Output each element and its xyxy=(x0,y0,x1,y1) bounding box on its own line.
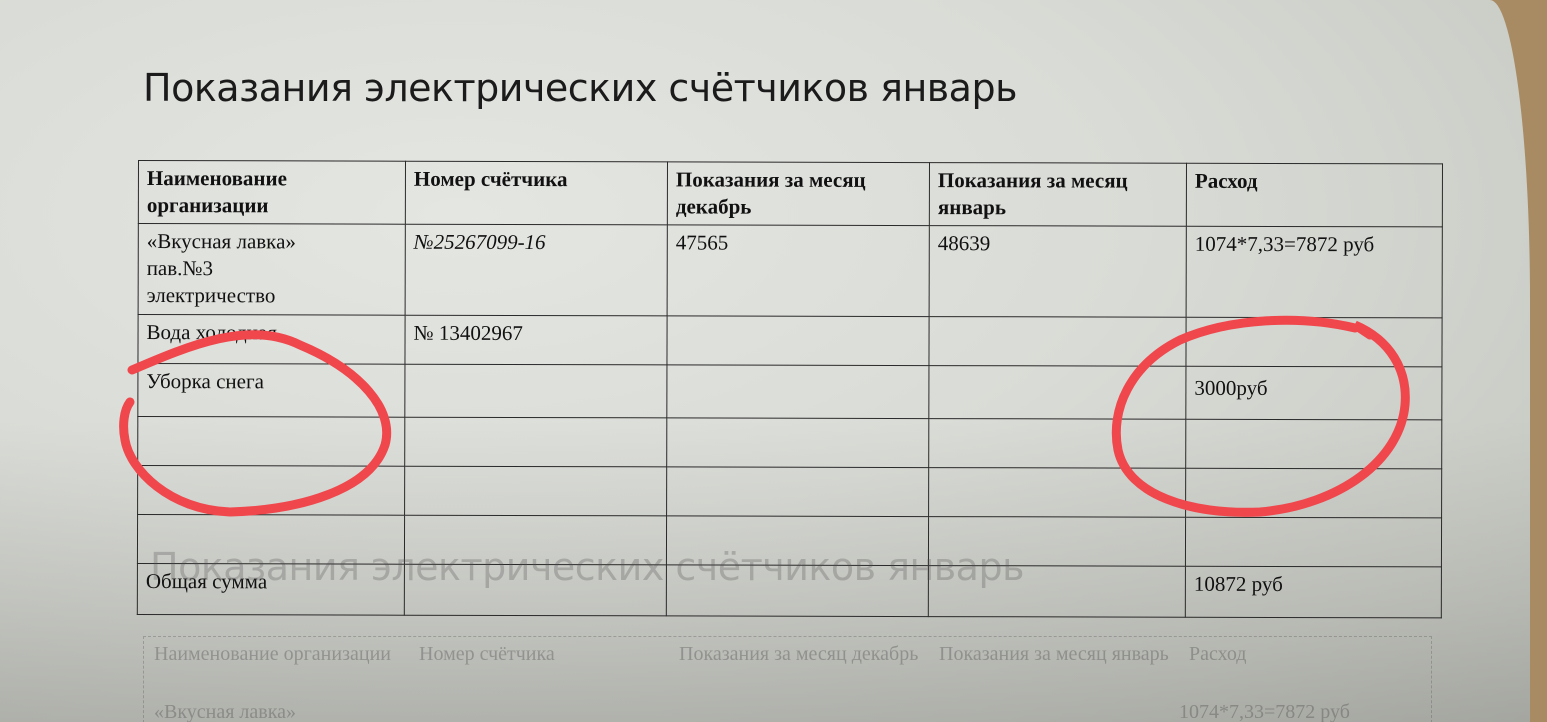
header-meter-number: Номер счётчика xyxy=(405,161,667,225)
cell-january xyxy=(929,366,1186,420)
header-cost: Расход xyxy=(1186,163,1442,227)
cell-december xyxy=(667,418,929,468)
cell-organization: Вода холодная xyxy=(138,315,405,365)
cell-empty xyxy=(928,566,1185,618)
cell-january xyxy=(929,468,1186,518)
bleed-through-table: Наименование организации Номер счётчика … xyxy=(143,636,1432,722)
table-row xyxy=(137,515,1441,567)
cell-january xyxy=(928,517,1185,567)
cell-january xyxy=(929,317,1186,367)
cell-january xyxy=(929,419,1186,469)
table-row: Вода холодная № 13402967 xyxy=(138,315,1442,367)
cell-december xyxy=(667,467,929,517)
cell-december xyxy=(667,365,929,419)
cell-organization xyxy=(138,466,405,516)
bleed-header-meter: Номер счётчика xyxy=(419,641,649,668)
cell-december: 47565 xyxy=(667,225,929,317)
cell-meter-number xyxy=(405,417,667,467)
cell-cost: 3000руб xyxy=(1186,366,1442,420)
cell-meter-number: № 13402967 xyxy=(405,315,667,365)
cell-cost xyxy=(1186,468,1442,518)
cell-meter-number xyxy=(404,515,666,565)
header-january: Показания за месяц январь xyxy=(929,163,1186,227)
cell-empty xyxy=(666,565,928,617)
cell-cost: 1074*7,33=7872 руб xyxy=(1186,226,1442,318)
cell-meter-number: №25267099-16 xyxy=(405,224,667,316)
cell-empty xyxy=(404,564,666,616)
cell-january: 48639 xyxy=(929,226,1186,318)
bleed-header-january: Показания за месяц январь xyxy=(939,641,1179,668)
cell-meter-number xyxy=(405,364,667,418)
total-label: Общая сумма xyxy=(137,563,404,615)
bleed-row-name: «Вкусная лавка» xyxy=(154,699,296,722)
cell-cost xyxy=(1185,517,1441,567)
cell-december xyxy=(667,316,929,366)
document-title: Показания электрических счётчиков январь xyxy=(143,66,1017,110)
table-header-row: Наименование организации Номер счётчика … xyxy=(138,161,1442,227)
cell-cost xyxy=(1186,419,1442,469)
cell-organization: «Вкусная лавка» пав.№3 электричество xyxy=(138,224,405,316)
cell-december xyxy=(666,516,928,566)
table-row: «Вкусная лавка» пав.№3 электричество №25… xyxy=(138,224,1442,318)
bleed-header-organization: Наименование организации xyxy=(154,641,394,668)
table-row xyxy=(138,466,1442,518)
total-cost: 10872 руб xyxy=(1185,566,1441,618)
bleed-header-cost: Расход xyxy=(1189,641,1246,668)
bleed-header-december: Показания за месяц декабрь xyxy=(679,641,919,668)
bleed-row-cost: 1074*7,33=7872 руб xyxy=(1179,699,1350,722)
header-organization: Наименование организации xyxy=(138,161,405,225)
cell-cost xyxy=(1186,317,1442,367)
cell-organization xyxy=(137,515,404,565)
header-december: Показания за месяц декабрь xyxy=(667,162,929,226)
cell-organization: Уборка снега xyxy=(138,364,405,418)
total-row: Общая сумма 10872 руб xyxy=(137,563,1441,617)
cell-meter-number xyxy=(405,466,667,516)
table-row: Уборка снега 3000руб xyxy=(138,364,1442,420)
table-row xyxy=(138,417,1442,469)
cell-organization xyxy=(138,417,405,467)
meter-readings-table: Наименование организации Номер счётчика … xyxy=(137,160,1443,618)
